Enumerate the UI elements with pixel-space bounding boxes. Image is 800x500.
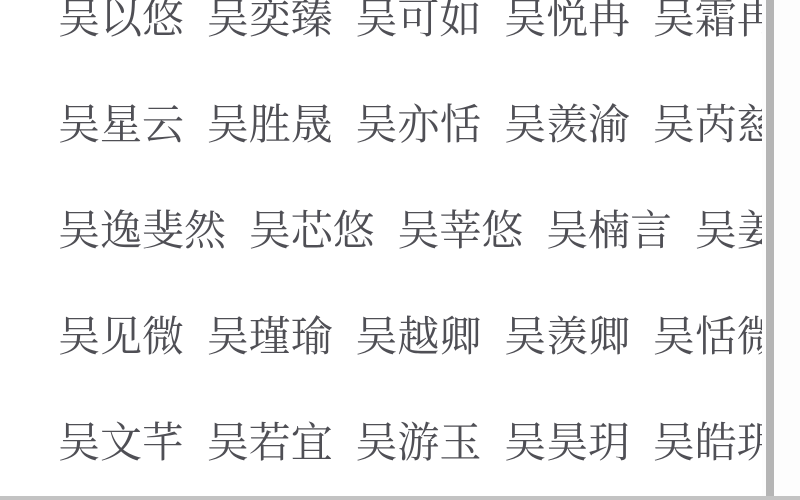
name-item: 吴芮慈 [653, 102, 779, 148]
name-item: 吴亦恬 [355, 102, 481, 148]
name-item: 吴霜冉 [653, 0, 779, 42]
name-item: 吴游玉 [355, 420, 481, 466]
name-item: 吴瑾瑜 [207, 314, 333, 360]
name-list-page: 吴以悠 吴奕臻 吴可如 吴悦冉 吴霜冉 吴星冉 吴星云 吴胜晟 吴亦恬 吴羡渝 … [0, 0, 800, 500]
name-item: 吴胜晟 [207, 102, 333, 148]
name-item: 吴昊玥 [504, 420, 630, 466]
name-item: 吴文芊 [58, 420, 184, 466]
name-item: 吴可如 [355, 0, 481, 42]
scrollbar-track[interactable] [762, 0, 800, 500]
name-item: 吴恬微 [653, 314, 779, 360]
name-item: 吴奕臻 [207, 0, 333, 42]
name-item: 吴羡卿 [504, 314, 630, 360]
name-item: 吴以悠 [58, 0, 184, 42]
scrollbar-thumb[interactable] [766, 0, 774, 500]
name-item: 吴逸斐然 [58, 208, 226, 254]
name-item: 吴悦冉 [504, 0, 630, 42]
name-item: 吴芯悠 [249, 208, 375, 254]
name-item: 吴羡渝 [504, 102, 630, 148]
name-item: 吴楠言 [546, 208, 672, 254]
name-row-4: 吴见微 吴瑾瑜 吴越卿 吴羡卿 吴恬微 吴芮恬 [58, 314, 800, 360]
name-row-3: 吴逸斐然 吴芯悠 吴莘悠 吴楠言 吴姜希 吴佩 [58, 208, 800, 254]
name-item: 吴皓玥 [653, 420, 779, 466]
name-row-5: 吴文芊 吴若宜 吴游玉 吴昊玥 吴皓玥 吴诗芸 [58, 420, 800, 466]
name-item: 吴若宜 [207, 420, 333, 466]
name-item: 吴见微 [58, 314, 184, 360]
name-item: 吴莘悠 [397, 208, 523, 254]
name-row-1: 吴以悠 吴奕臻 吴可如 吴悦冉 吴霜冉 吴星冉 [58, 0, 800, 42]
name-item: 吴越卿 [355, 314, 481, 360]
name-row-2: 吴星云 吴胜晟 吴亦恬 吴羡渝 吴芮慈 吴思恬 [58, 102, 800, 148]
bottom-divider [0, 496, 800, 500]
name-item: 吴星云 [58, 102, 184, 148]
